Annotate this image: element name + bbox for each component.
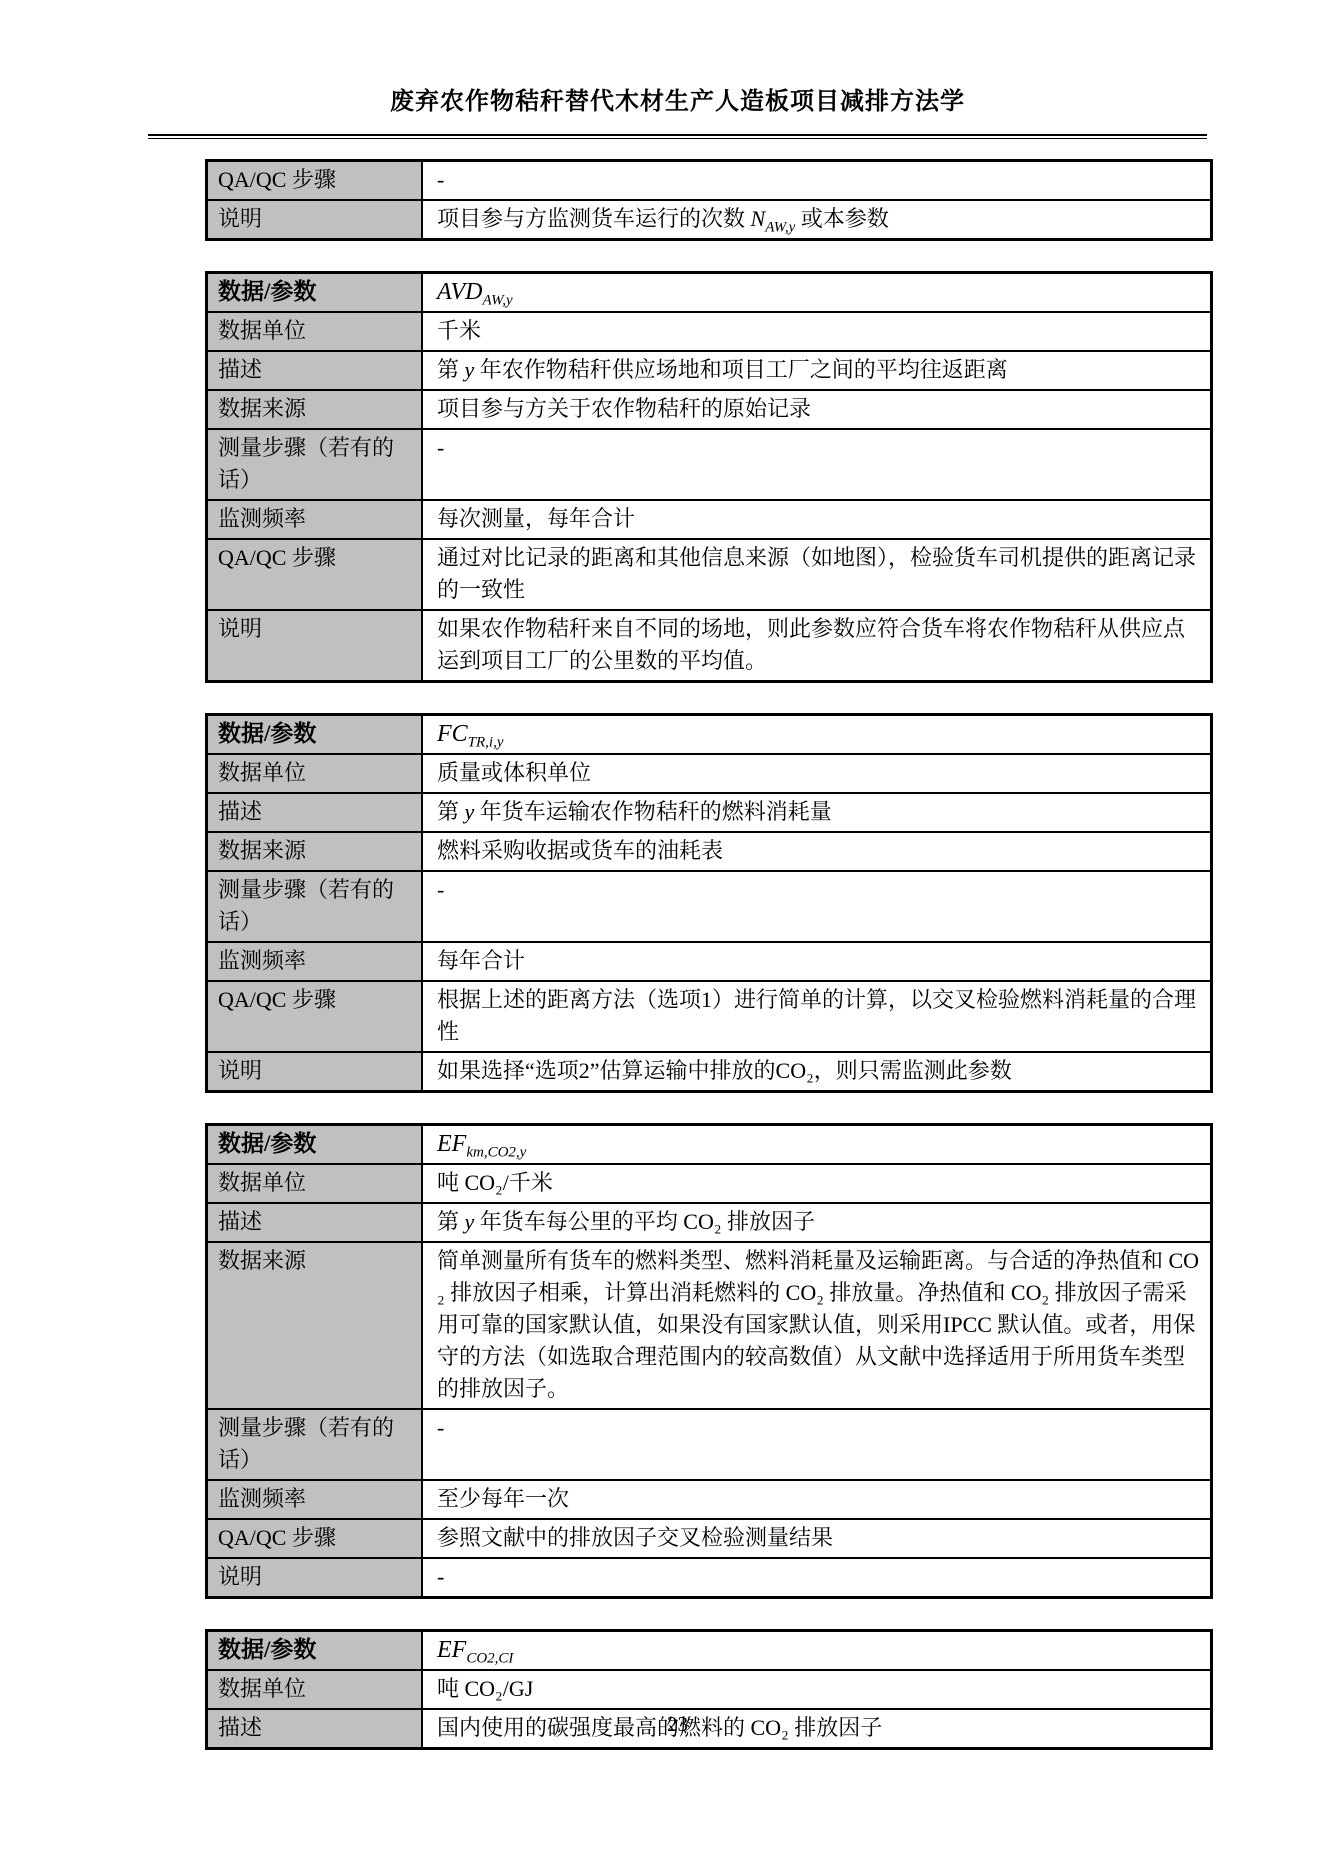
row-label: 监测频率 xyxy=(207,942,423,981)
row-value: 项目参与方关于农作物秸秆的原始记录 xyxy=(422,390,1212,429)
row-label: 说明 xyxy=(207,200,423,240)
row-label: 数据来源 xyxy=(207,390,423,429)
table-row: 描述 第 y 年货车每公里的平均 CO₂ 排放因子 xyxy=(207,1203,1212,1242)
row-value: 项目参与方监测货车运行的次数 NAW,y 或本参数 xyxy=(422,200,1212,240)
row-label: 说明 xyxy=(207,1558,423,1598)
formula-subscript: TR,i,y xyxy=(468,734,504,750)
formula-base: N xyxy=(751,206,766,231)
table-row: 数据/参数 FCTR,i,y xyxy=(207,715,1212,755)
row-value: 每次测量，每年合计 xyxy=(422,500,1212,539)
row-label: 数据单位 xyxy=(207,754,423,793)
row-label: 测量步骤（若有的话） xyxy=(207,871,423,942)
row-label: QA/QC 步骤 xyxy=(207,1519,423,1558)
parameter-formula: EFkm,CO2,y xyxy=(422,1125,1212,1165)
row-value: 如果选择“选项2”估算运输中排放的CO₂，则只需监测此参数 xyxy=(422,1052,1212,1092)
parameter-table-avd: 数据/参数 AVDAW,y 数据单位 千米 描述 第 y 年农作物秸秆供应场地和… xyxy=(205,271,1213,683)
table-row: 数据来源 燃料采购收据或货车的油耗表 xyxy=(207,832,1212,871)
value-text: 年农作物秸秆供应场地和项目工厂之间的平均往返距离 xyxy=(474,357,1008,382)
row-label: 数据来源 xyxy=(207,1242,423,1409)
value-text: 项目参与方监测货车运行的次数 xyxy=(437,206,751,231)
table-row: 测量步骤（若有的话） - xyxy=(207,429,1212,500)
parameter-table-continuation: QA/QC 步骤 - 说明 项目参与方监测货车运行的次数 NAW,y 或本参数 xyxy=(205,159,1213,241)
row-label: 数据单位 xyxy=(207,1164,423,1203)
table-row: 数据单位 质量或体积单位 xyxy=(207,754,1212,793)
document-page: 废弃农作物秸秆替代木材生产人造板项目减排方法学 QA/QC 步骤 - 说明 项目… xyxy=(0,0,1323,1871)
row-label: 数据单位 xyxy=(207,312,423,351)
row-value: 第 y 年货车每公里的平均 CO₂ 排放因子 xyxy=(422,1203,1212,1242)
table-row: QA/QC 步骤 - xyxy=(207,161,1212,201)
table-row: 描述 第 y 年货车运输农作物秸秆的燃料消耗量 xyxy=(207,793,1212,832)
table-row: 描述 第 y 年农作物秸秆供应场地和项目工厂之间的平均往返距离 xyxy=(207,351,1212,390)
table-row: 说明 项目参与方监测货车运行的次数 NAW,y 或本参数 xyxy=(207,200,1212,240)
row-value: 燃料采购收据或货车的油耗表 xyxy=(422,832,1212,871)
value-text: 年货车每公里的平均 CO₂ 排放因子 xyxy=(474,1209,815,1234)
formula-subscript: CO2,CI xyxy=(466,1650,513,1666)
formula-base: FC xyxy=(437,721,468,747)
row-value: 参照文献中的排放因子交叉检验测量结果 xyxy=(422,1519,1212,1558)
table-row: 说明 如果选择“选项2”估算运输中排放的CO₂，则只需监测此参数 xyxy=(207,1052,1212,1092)
row-value: 千米 xyxy=(422,312,1212,351)
row-value: 如果农作物秸秆来自不同的场地，则此参数应符合货车将农作物秸秆从供应点运到项目工厂… xyxy=(422,610,1212,682)
row-value: - xyxy=(422,1558,1212,1598)
row-value: - xyxy=(422,429,1212,500)
document-title: 废弃农作物秸秆替代木材生产人造板项目减排方法学 xyxy=(148,0,1207,118)
row-label: 监测频率 xyxy=(207,500,423,539)
row-label: 数据/参数 xyxy=(207,715,423,755)
row-label: QA/QC 步骤 xyxy=(207,161,423,201)
table-row: 数据来源 项目参与方关于农作物秸秆的原始记录 xyxy=(207,390,1212,429)
value-text: 第 xyxy=(437,799,465,824)
formula-base: EF xyxy=(437,1637,466,1663)
table-row: QA/QC 步骤 通过对比记录的距离和其他信息来源（如地图），检验货车司机提供的… xyxy=(207,539,1212,610)
formula-subscript: km,CO2,y xyxy=(466,1144,526,1160)
parameter-formula: FCTR,i,y xyxy=(422,715,1212,755)
row-value: 通过对比记录的距离和其他信息来源（如地图），检验货车司机提供的距离记录的一致性 xyxy=(422,539,1212,610)
row-label: 说明 xyxy=(207,1052,423,1092)
row-label: 描述 xyxy=(207,351,423,390)
row-label: QA/QC 步骤 xyxy=(207,981,423,1052)
table-row: 测量步骤（若有的话） - xyxy=(207,1409,1212,1480)
italic-variable: y xyxy=(465,799,475,824)
row-value: - xyxy=(422,161,1212,201)
row-label: 描述 xyxy=(207,1203,423,1242)
row-value: 质量或体积单位 xyxy=(422,754,1212,793)
table-row: 测量步骤（若有的话） - xyxy=(207,871,1212,942)
row-label: 数据单位 xyxy=(207,1670,423,1709)
table-row: 监测频率 每次测量，每年合计 xyxy=(207,500,1212,539)
row-label: 数据/参数 xyxy=(207,1631,423,1671)
table-row: 说明 如果农作物秸秆来自不同的场地，则此参数应符合货车将农作物秸秆从供应点运到项… xyxy=(207,610,1212,682)
row-label: 数据来源 xyxy=(207,832,423,871)
table-row: 说明 - xyxy=(207,1558,1212,1598)
row-value: 吨 CO₂/千米 xyxy=(422,1164,1212,1203)
formula-base: EF xyxy=(437,1131,466,1157)
table-row: 数据/参数 AVDAW,y xyxy=(207,273,1212,313)
row-value: 第 y 年货车运输农作物秸秆的燃料消耗量 xyxy=(422,793,1212,832)
table-row: QA/QC 步骤 参照文献中的排放因子交叉检验测量结果 xyxy=(207,1519,1212,1558)
row-value: - xyxy=(422,871,1212,942)
value-text: 第 xyxy=(437,1209,465,1234)
formula-base: AVD xyxy=(437,279,482,305)
table-row: 数据/参数 EFCO2,CI xyxy=(207,1631,1212,1671)
parameter-formula: AVDAW,y xyxy=(422,273,1212,313)
row-label: 描述 xyxy=(207,793,423,832)
formula-subscript: AW,y xyxy=(765,219,795,235)
table-row: 监测频率 每年合计 xyxy=(207,942,1212,981)
row-value: 第 y 年农作物秸秆供应场地和项目工厂之间的平均往返距离 xyxy=(422,351,1212,390)
value-text: 或本参数 xyxy=(795,206,889,231)
row-value: 吨 CO₂/GJ xyxy=(422,1670,1212,1709)
table-row: 数据单位 吨 CO₂/GJ xyxy=(207,1670,1212,1709)
row-label: 测量步骤（若有的话） xyxy=(207,1409,423,1480)
row-value: 简单测量所有货车的燃料类型、燃料消耗量及运输距离。与合适的净热值和 CO₂ 排放… xyxy=(422,1242,1212,1409)
row-label: 数据/参数 xyxy=(207,1125,423,1165)
italic-variable: y xyxy=(465,357,475,382)
value-text: 年货车运输农作物秸秆的燃料消耗量 xyxy=(474,799,832,824)
table-row: 数据来源 简单测量所有货车的燃料类型、燃料消耗量及运输距离。与合适的净热值和 C… xyxy=(207,1242,1212,1409)
italic-variable: y xyxy=(465,1209,475,1234)
table-row: 数据单位 千米 xyxy=(207,312,1212,351)
table-row: 数据/参数 EFkm,CO2,y xyxy=(207,1125,1212,1165)
row-label: QA/QC 步骤 xyxy=(207,539,423,610)
header-rule xyxy=(148,134,1207,139)
parameter-formula: EFCO2,CI xyxy=(422,1631,1212,1671)
row-value: 每年合计 xyxy=(422,942,1212,981)
row-label: 测量步骤（若有的话） xyxy=(207,429,423,500)
row-value: 至少每年一次 xyxy=(422,1480,1212,1519)
table-row: 监测频率 至少每年一次 xyxy=(207,1480,1212,1519)
page-number: 23 xyxy=(148,1712,1207,1737)
value-text: 第 xyxy=(437,357,465,382)
row-value: - xyxy=(422,1409,1212,1480)
formula-subscript: AW,y xyxy=(482,292,512,308)
parameter-table-ef-km: 数据/参数 EFkm,CO2,y 数据单位 吨 CO₂/千米 描述 第 y 年货… xyxy=(205,1123,1213,1599)
table-row: QA/QC 步骤 根据上述的距离方法（选项1）进行简单的计算，以交叉检验燃料消耗… xyxy=(207,981,1212,1052)
tables-area: QA/QC 步骤 - 说明 项目参与方监测货车运行的次数 NAW,y 或本参数 … xyxy=(205,159,1213,1750)
table-row: 数据单位 吨 CO₂/千米 xyxy=(207,1164,1212,1203)
row-value: 根据上述的距离方法（选项1）进行简单的计算，以交叉检验燃料消耗量的合理性 xyxy=(422,981,1212,1052)
parameter-table-fc: 数据/参数 FCTR,i,y 数据单位 质量或体积单位 描述 第 y 年货车运输… xyxy=(205,713,1213,1093)
row-label: 监测频率 xyxy=(207,1480,423,1519)
row-label: 数据/参数 xyxy=(207,273,423,313)
row-label: 说明 xyxy=(207,610,423,682)
